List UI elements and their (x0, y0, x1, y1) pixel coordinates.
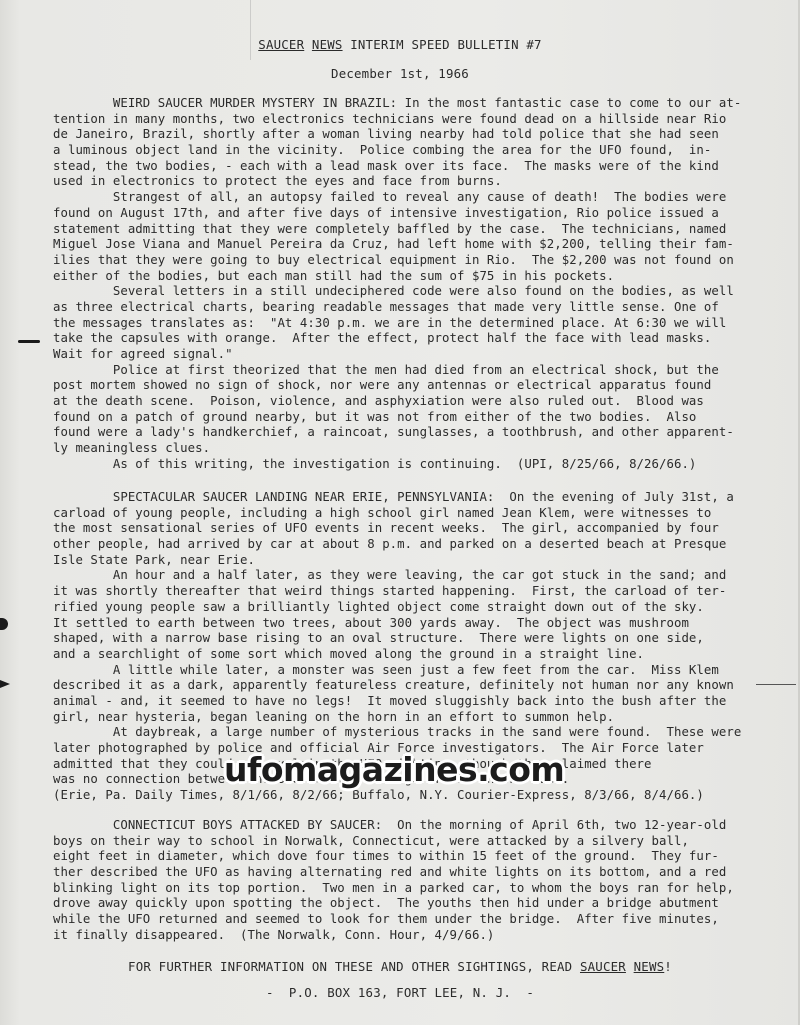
text-line: WEIRD SAUCER MURDER MYSTERY IN BRAZIL: I… (53, 96, 793, 112)
text-line: carload of young people, including a hig… (53, 506, 793, 522)
text-line: as three electrical charts, bearing read… (53, 300, 793, 316)
text-line: at the death scene. Poison, violence, an… (53, 394, 793, 410)
text-line: while the UFO returned and seemed to loo… (53, 912, 793, 928)
text-line: Miguel Jose Viana and Manuel Pereira da … (53, 237, 793, 253)
article-connecticut: CONNECTICUT BOYS ATTACKED BY SAUCER: On … (53, 818, 793, 944)
text-line: stead, the two bodies, - each with a lea… (53, 159, 793, 175)
text-line: post mortem showed no sign of shock, nor… (53, 378, 793, 394)
text-line: boys on their way to school in Norwalk, … (53, 834, 793, 850)
footer-publication-part1: SAUCER (580, 959, 626, 974)
text-line: SPECTACULAR SAUCER LANDING NEAR ERIE, PE… (53, 490, 793, 506)
text-line: rified young people saw a brilliantly li… (53, 600, 793, 616)
margin-tick (756, 684, 796, 685)
text-line: As of this writing, the investigation is… (53, 457, 793, 473)
publication-name-part1: SAUCER (258, 37, 304, 52)
text-line: animal - and, it seemed to have no legs!… (53, 694, 793, 710)
text-line: de Janeiro, Brazil, shortly after a woma… (53, 127, 793, 143)
text-line: It settled to earth between two trees, a… (53, 616, 793, 632)
scan-mark (18, 340, 40, 343)
text-line: Isle State Park, near Erie. (53, 553, 793, 569)
text-line: CONNECTICUT BOYS ATTACKED BY SAUCER: On … (53, 818, 793, 834)
text-line: A little while later, a monster was seen… (53, 663, 793, 679)
text-line: a luminous object land in the vicinity. … (53, 143, 793, 159)
article-brazil: WEIRD SAUCER MURDER MYSTERY IN BRAZIL: I… (53, 96, 793, 473)
text-line: Wait for agreed signal." (53, 347, 793, 363)
text-line: At daybreak, a large number of mysteriou… (53, 725, 793, 741)
text-line: Strangest of all, an autopsy failed to r… (53, 190, 793, 206)
text-line: tention in many months, two electronics … (53, 112, 793, 128)
text-line: drove away quickly upon spotting the obj… (53, 896, 793, 912)
text-line: it finally disappeared. (The Norwalk, Co… (53, 928, 793, 944)
text-line: either of the bodies, but each man still… (53, 269, 793, 285)
text-line: ly meaningless clues. (53, 441, 793, 457)
text-line: An hour and a half later, as they were l… (53, 568, 793, 584)
text-line: ther described the UFO as having alterna… (53, 865, 793, 881)
text-line: eight feet in diameter, which dove four … (53, 849, 793, 865)
footer-promo-text: FOR FURTHER INFORMATION ON THESE AND OTH… (128, 959, 580, 974)
text-line: Several letters in a still undeciphered … (53, 284, 793, 300)
publication-name-part2: NEWS (312, 37, 343, 52)
scanned-page: SAUCER NEWS INTERIM SPEED BULLETIN #7 De… (0, 0, 800, 1025)
text-line: the most sensational series of UFO event… (53, 521, 793, 537)
text-line: the messages translates as: "At 4:30 p.m… (53, 316, 793, 332)
text-line: statement admitting that they were compl… (53, 222, 793, 238)
text-line: other people, had arrived by car at abou… (53, 537, 793, 553)
text-line: and a searchlight of some sort which mov… (53, 647, 793, 663)
footer-promo-end: ! (664, 959, 672, 974)
text-line: found were a lady's handkerchief, a rain… (53, 425, 793, 441)
bulletin-title-rest: INTERIM SPEED BULLETIN #7 (343, 37, 542, 52)
text-line: girl, near hysteria, began leaning on th… (53, 710, 793, 726)
bulletin-date: December 1st, 1966 (0, 66, 800, 81)
text-line: take the capsules with orange. After the… (53, 331, 793, 347)
punch-hole-mark (0, 618, 8, 630)
footer-address: - P.O. BOX 163, FORT LEE, N. J. - (0, 985, 800, 1000)
text-line: found on a patch of ground nearby, but i… (53, 410, 793, 426)
scan-mark-arrow (0, 680, 10, 688)
text-line: described it as a dark, apparently featu… (53, 678, 793, 694)
text-line: ilies that they were going to buy electr… (53, 253, 793, 269)
watermark: ufomagazines.com (224, 752, 564, 788)
text-line: blinking light on its top portion. Two m… (53, 881, 793, 897)
footer-publication-part2: NEWS (634, 959, 665, 974)
text-line: it was shortly thereafter that weird thi… (53, 584, 793, 600)
bulletin-title: SAUCER NEWS INTERIM SPEED BULLETIN #7 (0, 37, 800, 52)
footer-promo: FOR FURTHER INFORMATION ON THESE AND OTH… (0, 959, 800, 974)
text-line: Police at first theorized that the men h… (53, 363, 793, 379)
text-line: (Erie, Pa. Daily Times, 8/1/66, 8/2/66; … (53, 788, 793, 804)
text-line: used in electronics to protect the eyes … (53, 174, 793, 190)
text-line: found on August 17th, and after five day… (53, 206, 793, 222)
text-line: shaped, with a narrow base rising to an … (53, 631, 793, 647)
